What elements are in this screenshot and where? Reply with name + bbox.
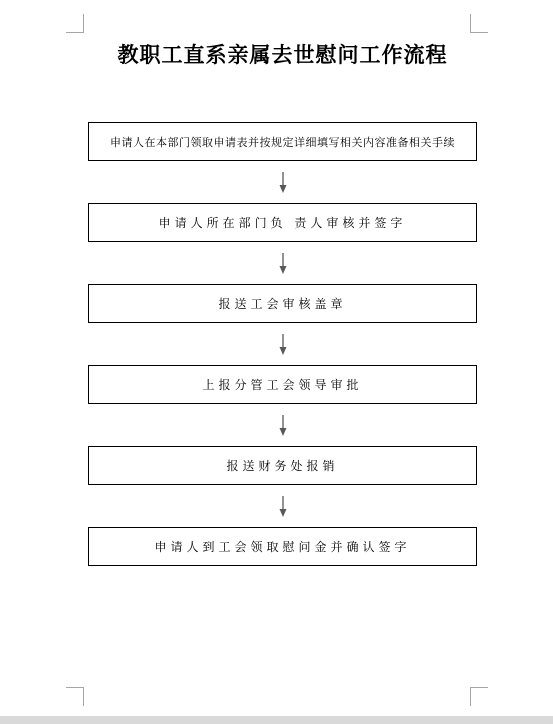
flow-connector-row xyxy=(88,161,477,203)
flow-connector-row xyxy=(88,485,477,527)
page-title: 教职工直系亲属去世慰问工作流程 xyxy=(88,42,477,68)
flow-step-box-4: 上报分管工会领导审批 xyxy=(88,365,477,404)
flow-connector-row xyxy=(88,404,477,446)
down-arrow-icon xyxy=(276,252,290,274)
flow-step-box-5: 报送财务处报销 xyxy=(88,446,477,485)
flow-step-label: 报送工会审核盖章 xyxy=(218,295,346,312)
text-boundary-mark-top-left xyxy=(66,14,84,33)
page-content: 教职工直系亲属去世慰问工作流程 申请人在本部门领取申请表并按规定详细填写相关内容… xyxy=(88,0,477,566)
flow-connector-row xyxy=(88,242,477,284)
flow-step-label: 申请人所在部门负 责人审核并签字 xyxy=(159,214,407,231)
down-arrow-icon xyxy=(276,171,290,193)
flow-step-box-1: 申请人在本部门领取申请表并按规定详细填写相关内容准备相关手续 xyxy=(88,122,477,161)
flow-step-label: 申请人到工会领取慰问金并确认签字 xyxy=(154,538,410,555)
flow-step-box-6: 申请人到工会领取慰问金并确认签字 xyxy=(88,527,477,566)
flowchart: 申请人在本部门领取申请表并按规定详细填写相关内容准备相关手续 申请人所在部门负 … xyxy=(88,122,477,566)
down-arrow-icon xyxy=(276,414,290,436)
down-arrow-icon xyxy=(276,333,290,355)
flow-step-box-2: 申请人所在部门负 责人审核并签字 xyxy=(88,203,477,242)
flow-step-label: 报送财务处报销 xyxy=(226,457,338,474)
flow-step-box-3: 报送工会审核盖章 xyxy=(88,284,477,323)
text-boundary-mark-bottom-left xyxy=(66,687,84,706)
down-arrow-icon xyxy=(276,495,290,517)
flow-connector-row xyxy=(88,323,477,365)
flow-step-label: 申请人在本部门领取申请表并按规定详细填写相关内容准备相关手续 xyxy=(110,134,455,150)
flow-step-label: 上报分管工会领导审批 xyxy=(202,376,362,393)
page-bottom-edge xyxy=(0,716,553,724)
text-boundary-mark-bottom-right xyxy=(470,687,488,706)
